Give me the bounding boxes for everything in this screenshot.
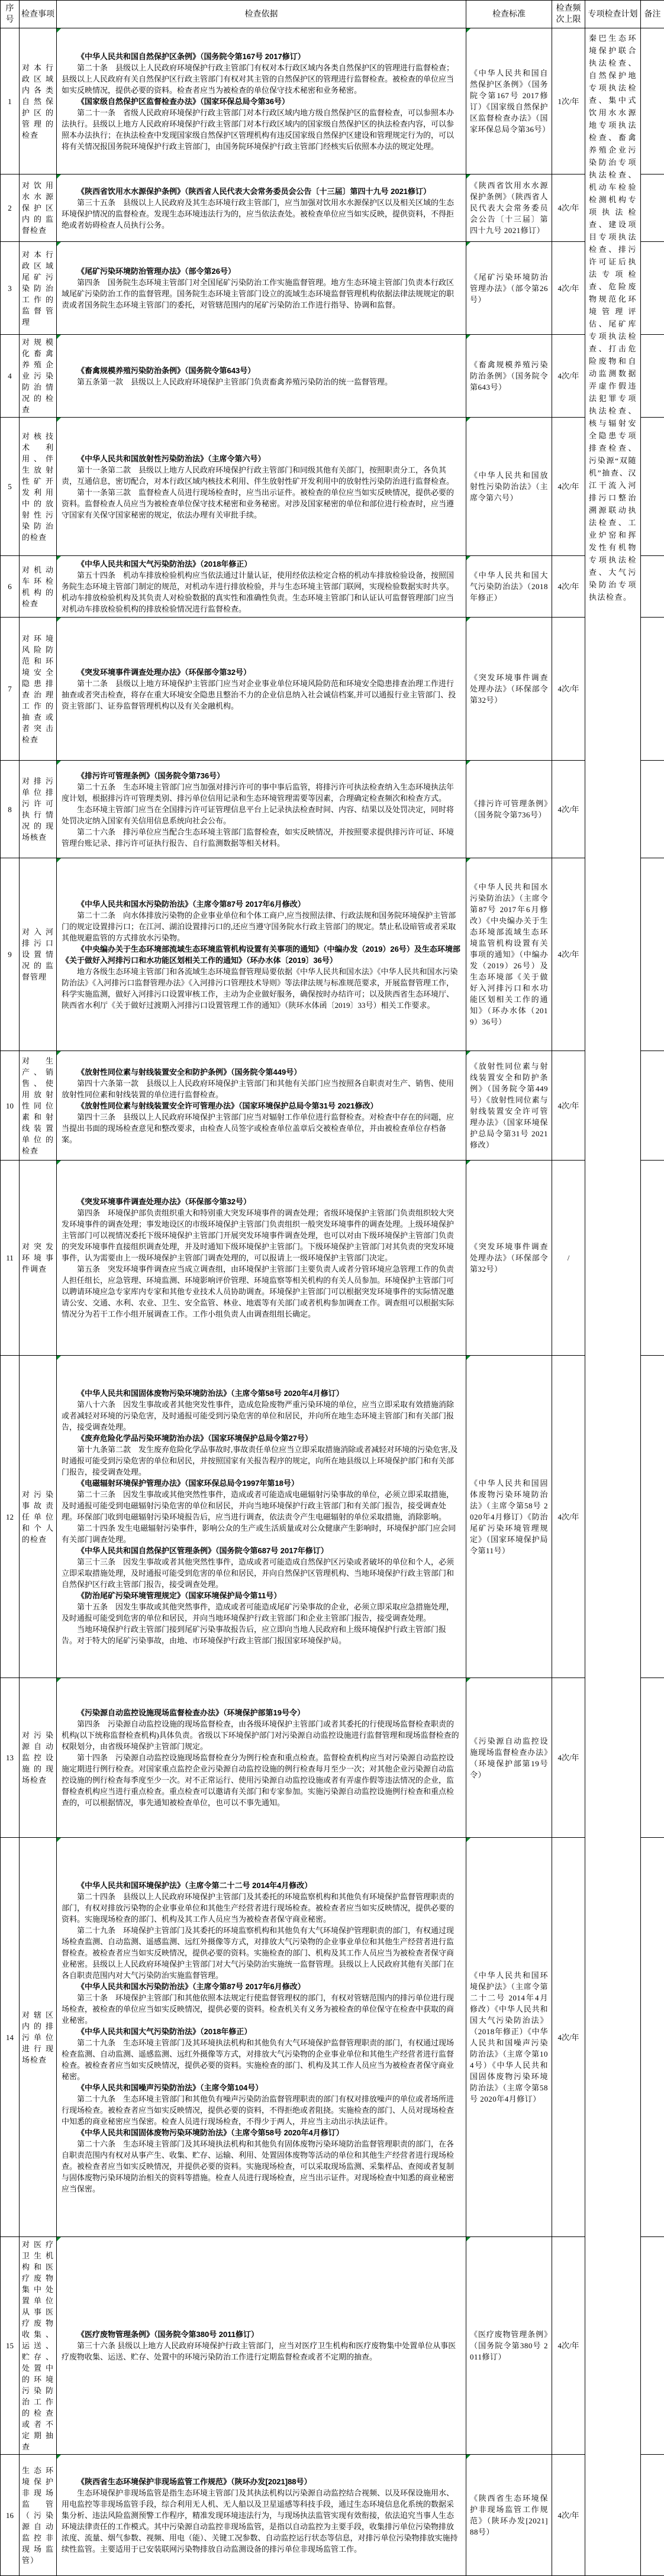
law-title: 《中华人民共和国自然保护区管理条例》（国务院令第687号 2017年修订）: [62, 1545, 461, 1556]
law-paragraph: 第三十六条 县级以上地方人民政府环境保护行政主管部门，应当对医疗卫生机构和医疗废…: [62, 2340, 461, 2362]
row-number-cell: 4: [1, 335, 20, 418]
law-title: 《防治尾矿污染环境管理规定》（国家环境保护局令第11号）: [62, 1590, 461, 1601]
basis-cell: 《中华人民共和国环境保护法》（主席令第二十二号 2014年4月修改）第二十四条 …: [57, 1838, 466, 2237]
standard-cell: 《中华人民共和国水污染防治法》（主席令第87号 2017年6月修改）《中央编办关…: [466, 858, 552, 1051]
standard-cell: 《中华人民共和国环境保护法》（主席令第二十二号 2014年4月修改）《中华人民共…: [466, 1838, 552, 2237]
cell-corner-triangle-icon: [57, 1051, 61, 1055]
table-row: 11对突发环境事件调查《突发环境事件调查处理办法》（环保部令第32号）第四条 环…: [1, 1161, 664, 1356]
cell-corner-triangle-icon: [466, 1161, 470, 1165]
table-row: 3对本行政区域尾矿污染防治工作的监督管理《尾矿污染环境防治管理办法》（部令第26…: [1, 242, 664, 335]
cell-corner-triangle-icon: [57, 2237, 61, 2241]
law-title: 《中华人民共和国水污染防治法》（主席令第87号 2017年6月修改）: [62, 898, 461, 910]
law-paragraph: 第二十五条 生态环境主管部门应当加强对排污许可的事中事后监管，将排污许可执法检查…: [62, 781, 461, 804]
standard-cell: 《中华人民共和国大气污染防治法》（2018年修正）: [466, 556, 552, 618]
item-cell: 对辖区内的排污单位进行现场检查: [20, 1838, 57, 2237]
frequency-cell: 1次/年: [552, 28, 585, 174]
note-cell: [641, 2455, 664, 2576]
table-row: 14对辖区内的排污单位进行现场检查《中华人民共和国环境保护法》（主席令第二十二号…: [1, 1838, 664, 2237]
cell-corner-triangle-icon: [57, 556, 61, 560]
row-number-cell: 12: [1, 1356, 20, 1678]
cell-corner-triangle-icon: [57, 28, 61, 33]
standard-cell: 《畜禽规模养殖污染防治条例》（国务院令第643号）: [466, 335, 552, 418]
note-cell: [641, 242, 664, 335]
note-cell: [641, 335, 664, 418]
inspection-items-table: 序号 检查事项 检查依据 检查标准 检查频次上限 专项检查计划 备注 1对本行政…: [0, 0, 664, 2576]
law-title: 《尾矿污染环境防治管理办法》（部令第26号）: [62, 266, 461, 277]
basis-cell: 《中华人民共和国自然保护区条例》（国务院令第167号 2017修订）第二十条 县…: [57, 28, 466, 174]
cell-corner-triangle-icon: [466, 242, 470, 246]
item-cell: 对医疗卫生机构和医疗废物集中处置单位从事医疗废物收集、运送、贮存、处置中的环境污…: [20, 2237, 57, 2455]
note-cell: [641, 1161, 664, 1356]
law-paragraph: 第二十九条 环境保护主管部门及其委托的环境监察机构和其他负有大气环境保护管理职责…: [62, 1925, 461, 1981]
basis-cell: 《尾矿污染环境防治管理办法》（部令第26号）第四条 国务院生态环境主管部门对全国…: [57, 242, 466, 335]
law-title: 《中华人民共和国噪声污染防治法》（主席令第104号）: [62, 2082, 461, 2093]
table-row: 7对环境风险防范和环境安全隐患排查治理工作的抽查或者突击检查《突发环境事件调查处…: [1, 618, 664, 761]
item-cell: 对机动车环检机构的检查: [20, 556, 57, 618]
item-cell: 对突发环境事件调查: [20, 1161, 57, 1356]
item-cell: 对核技术利用、伴生放射性矿开发利用中的放射性污染防治的检查: [20, 418, 57, 556]
standard-cell: 《中华人民共和国固体废物污染环境防治法》（主席令第58号 2020年4月修订）《…: [466, 1356, 552, 1678]
law-paragraph: 第二十二条 向水体排放污染物的企业事业单位和个体工商户,应当按照法律、行政法规和…: [62, 910, 461, 943]
cell-corner-triangle-icon: [57, 618, 61, 622]
law-title: 《中华人民共和国放射性污染防治法》（主席令第六号）: [62, 453, 461, 464]
cell-corner-triangle-icon: [57, 1678, 61, 1682]
cell-corner-triangle-icon: [466, 2455, 470, 2459]
law-paragraph: 第二十九条 生态环境主管部门和其他负有噪声污染防治监督管理职责的部门有权对排放噪…: [62, 2093, 461, 2127]
law-paragraph: 第四十三条 县级以上人民政府环境保护主管部门应当对辐射工作单位进行监督检查。对检…: [62, 1111, 461, 1145]
row-number-cell: 10: [1, 1051, 20, 1161]
cell-corner-triangle-icon: [57, 1161, 61, 1165]
table-row: 4对规模化畜禽养殖企业污染防治情况的检查《畜禽规模养殖污染防治条例》（国务院令第…: [1, 335, 664, 418]
standard-cell: 《突发环境事件调查处理办法》（环保部令第32号）: [466, 618, 552, 761]
law-paragraph: 第二十四条 县级以上人民政府环境保护主管部门及其委托的环境监察机构和其他负有环境…: [62, 1891, 461, 1925]
law-title: 《中华人民共和国水污染防治法》（主席令第87号 2017年6月修改）: [62, 1981, 461, 1992]
frequency-cell: 4次/年: [552, 1051, 585, 1161]
table-row: 13对污染源自动监控设施的现场检查《污染源自动监控设施现场监督检查办法》（环境保…: [1, 1678, 664, 1838]
basis-cell: 《中华人民共和国固体废物污染环境防治法》（主席令第58号 2020年4月修订）第…: [57, 1356, 466, 1678]
law-paragraph: 第三十三条 因发生事故或者其他突然性事件，造成或者可能造成自然保护区污染或者破坏…: [62, 1556, 461, 1590]
row-number-cell: 11: [1, 1161, 20, 1356]
row-number-cell: 9: [1, 858, 20, 1051]
frequency-cell: 4次/年: [552, 2237, 585, 2455]
table-row: 5对核技术利用、伴生放射性矿开发利用中的放射性污染防治的检查《中华人民共和国放射…: [1, 418, 664, 556]
frequency-cell: 4次/年: [552, 174, 585, 242]
law-title: 《中华人民共和国固体废物污染环境防治法》（主席令第58号 2020年4月修订）: [62, 1388, 461, 1399]
item-cell: 对环境风险防范和环境安全隐患排查治理工作的抽查或者突击检查: [20, 618, 57, 761]
law-title: 《中华人民共和国自然保护区条例》（国务院令第167号 2017修订）: [62, 51, 461, 62]
basis-cell: 《医疗废物管理条例》（国务院令第380号 2011修订）第三十六条 县级以上地方…: [57, 2237, 466, 2455]
row-number-cell: 7: [1, 618, 20, 761]
cell-corner-triangle-icon: [466, 858, 470, 862]
cell-corner-triangle-icon: [57, 418, 61, 422]
standard-cell: 《排污许可管理条例》（国务院令第736号）: [466, 761, 552, 858]
cell-corner-triangle-icon: [466, 1356, 470, 1360]
row-number-cell: 8: [1, 761, 20, 858]
frequency-cell: 4次/年: [552, 1678, 585, 1838]
law-title: 《中华人民共和国大气污染防治法》（2018年修正）: [62, 558, 461, 570]
row-number-cell: 15: [1, 2237, 20, 2455]
row-number-cell: 5: [1, 418, 20, 556]
law-paragraph: 第五十四条 机动车排放检验机构应当依法通过计量认证，使用经依法检定合格的机动车排…: [62, 570, 461, 615]
row-number-cell: 1: [1, 28, 20, 174]
cell-corner-triangle-icon: [57, 242, 61, 246]
note-cell: [641, 1051, 664, 1161]
law-paragraph: 第四条 环境保护部负责组织重大和特别重大突发环境事件的调查处理；省级环境保护主管…: [62, 1207, 461, 1263]
note-cell: [641, 174, 664, 242]
law-paragraph: 第十九条第二款 发生废弃危险化学品事故时,事故责任单位应当立即采取措施消除或者减…: [62, 1444, 461, 1478]
item-cell: 对污染源自动监控设施的现场检查: [20, 1678, 57, 1838]
table-row: 9对入河排污口设置情况的监督管理《中华人民共和国水污染防治法》（主席令第87号 …: [1, 858, 664, 1051]
law-paragraph: 第二十四条 发生电磁辐射污染事件，影响公众的生产或生活质量或对公众健康产生影响时…: [62, 1523, 461, 1545]
basis-cell: 《突发环境事件调查处理办法》（环保部令第32号）第十二条 县级以上地方环境保护主…: [57, 618, 466, 761]
frequency-cell: 4次/年: [552, 556, 585, 618]
law-title: 《中华人民共和国固体废物污染环境防治法》（主席令第58号 2020年4月修订）: [62, 2127, 461, 2138]
standard-cell: 《陕西省生态环境保护非现场监管工作规范》（陕环办发[2021]88号）: [466, 2455, 552, 2576]
law-title: 《陕西省饮用水水源保护条例》（陕西省人民代表大会常务委员会公告〔十三届〕第四十九…: [62, 186, 461, 197]
item-cell: 对本行政区域尾矿污染防治工作的监督管理: [20, 242, 57, 335]
frequency-cell: 4次/年: [552, 618, 585, 761]
table-row: 2对饮用水水源保护区内的监督检查《陕西省饮用水水源保护条例》（陕西省人民代表大会…: [1, 174, 664, 242]
law-title: 《污染源自动监控设施现场监督检查办法》（环境保护部第19号令）: [62, 1707, 461, 1718]
note-cell: [641, 1838, 664, 2237]
standard-cell: 《污染源自动监控设施现场监督检查办法》（环境保护部第19号令）: [466, 1678, 552, 1838]
item-cell: 生态环境保护非现场监管（污染源自动监控非现场监管）: [20, 2455, 57, 2576]
header-frequency: 检查频次上限: [552, 1, 585, 28]
law-paragraph: 第四条 国务院生态环境主管部门对全国尾矿污染防治工作实施监督管理。地方生态环境主…: [62, 277, 461, 311]
frequency-cell: 4次/年: [552, 335, 585, 418]
law-paragraph: 第二十三条 因发生事故或其他突然性事件，造成或者可能造成电磁辐射污染事故的单位，…: [62, 1489, 461, 1523]
law-paragraph: 第二十六条 生态环境主管部门及其环境执法机构和其他负有固体废物污染环境防治监督管…: [62, 2138, 461, 2194]
law-paragraph: 生态环境主管部门应当在全国排污许可证管理信息平台上记录执法检查时间、内容、结果以…: [62, 804, 461, 826]
law-paragraph: 当地环境保护行政主管部门接到尾矿污染事故报告后，应立即向当地人民政府和上级环境保…: [62, 1624, 461, 1646]
cell-corner-triangle-icon: [466, 1838, 470, 1842]
table-row: 1对本行政区域内各类自然保护区的管理的检查《中华人民共和国自然保护区条例》（国务…: [1, 28, 664, 174]
cell-corner-triangle-icon: [57, 2455, 61, 2459]
special-plan-cell: 秦巴生态环境保护联合执法检查、自然保护地专项执法检查、集中式饮用水水源地专项执法…: [585, 28, 641, 2576]
table-row: 6对机动车环检机构的检查《中华人民共和国大气污染防治法》（2018年修正）第五十…: [1, 556, 664, 618]
law-paragraph: 第五条第一款 县级以上人民政府环境保护主管部门负责畜禽养殖污染防治的统一监督管理…: [62, 376, 461, 387]
law-title: 《突发环境事件调查处理办法》（环保部令第32号）: [62, 1196, 461, 1207]
table-row: 12对污染事故责任单位和个人的检查《中华人民共和国固体废物污染环境防治法》（主席…: [1, 1356, 664, 1678]
table-row: 8对排污单位排污许可执行情况的现场核查《排污许可管理条例》（国务院令第736号）…: [1, 761, 664, 858]
table-row: 15对医疗卫生机构和医疗废物集中处置单位从事医疗废物收集、运送、贮存、处置中的环…: [1, 2237, 664, 2455]
cell-corner-triangle-icon: [57, 761, 61, 765]
law-paragraph: 第二十九条 生态环境主管部门及其环境执法机构和其他负有大气环境保护监督管理职责的…: [62, 2037, 461, 2082]
row-number-cell: 3: [1, 242, 20, 335]
law-title: 《放射性同位素与射线装置安全许可管理办法》（国家环境保护总局令第31号 2021…: [62, 1100, 461, 1111]
note-cell: [641, 28, 664, 174]
basis-cell: 《污染源自动监控设施现场监督检查办法》（环境保护部第19号令）第四条 污染源自动…: [57, 1678, 466, 1838]
law-paragraph: 第三十五条 县级以上人民政府及其生态环境行政主管部门，应当加强对饮用水水源保护区…: [62, 197, 461, 231]
cell-corner-triangle-icon: [57, 174, 61, 179]
note-cell: [641, 2237, 664, 2455]
row-number-cell: 14: [1, 1838, 20, 2237]
basis-cell: 《畜禽规模养殖污染防治条例》（国务院令第643号）第五条第一款 县级以上人民政府…: [57, 335, 466, 418]
item-cell: 对入河排污口设置情况的监督管理: [20, 858, 57, 1051]
cell-corner-triangle-icon: [466, 1051, 470, 1055]
law-paragraph: 第四条 污染源自动监控设施的现场监督检查，由各级环境保护主管部门或者其委托的行使…: [62, 1718, 461, 1752]
note-cell: [641, 618, 664, 761]
row-number-cell: 16: [1, 2455, 20, 2576]
table-row: 10对生产、销售、使用放射性同位素和射线装置单位的检查《放射性同位素与射线装置安…: [1, 1051, 664, 1161]
cell-corner-triangle-icon: [466, 618, 470, 622]
law-paragraph: 第十五条 因发生事故或其他突然事件，造成或者可能造成尾矿污染事故的企业，必须立即…: [62, 1601, 461, 1624]
law-title: 《陕西省生态环境保护非现场监管工作规范》（陕环办发[2021]88号）: [62, 2476, 461, 2487]
basis-cell: 《排污许可管理条例》（国务院令第736号）第二十五条 生态环境主管部门应当加强对…: [57, 761, 466, 858]
header-item: 检查事项: [20, 1, 57, 28]
standard-cell: 《放射性同位素与射线装置安全和防护条例》（国务院令第449号）《放射性同位素与射…: [466, 1051, 552, 1161]
cell-corner-triangle-icon: [57, 1838, 61, 1842]
law-title: 《放射性同位素与射线装置安全和防护条例》（国务院令第449号）: [62, 1066, 461, 1078]
law-title: 《废弃危险化学品污染环境防治办法》（国家环境保护总局令第27号）: [62, 1433, 461, 1444]
standard-cell: 《中华人民共和国自然保护区条例》（国务院令第167号 2017修订）《国家级自然…: [466, 28, 552, 174]
basis-cell: 《中华人民共和国大气污染防治法》（2018年修正）第五十四条 机动车排放检验机构…: [57, 556, 466, 618]
note-cell: [641, 418, 664, 556]
standard-cell: 《医疗废物管理条例》（国务院令第380号 2011修订）: [466, 2237, 552, 2455]
item-cell: 对饮用水水源保护区内的监督检查: [20, 174, 57, 242]
cell-corner-triangle-icon: [466, 28, 470, 33]
law-paragraph: 第八十六条 因发生事故或者其他突发性事件，造成危险废物严重污染环境的单位，应当立…: [62, 1399, 461, 1433]
frequency-cell: 4次/年: [552, 2455, 585, 2576]
standard-cell: 《尾矿污染环境防治管理办法》（部令第26号）: [466, 242, 552, 335]
cell-corner-triangle-icon: [466, 174, 470, 179]
basis-cell: 《陕西省生态环境保护非现场监管工作规范》（陕环办发[2021]88号）生态环境保…: [57, 2455, 466, 2576]
basis-cell: 《突发环境事件调查处理办法》（环保部令第32号）第四条 环境保护部负责组织重大和…: [57, 1161, 466, 1356]
law-paragraph: 地方各级生态环境主管部门和各流域生态环境监督管理局要依据《中华人民共和国水法》《…: [62, 966, 461, 1011]
law-title: 《突发环境事件调查处理办法》（环保部令第32号）: [62, 667, 461, 678]
note-cell: [641, 1678, 664, 1838]
law-title: 《中央编办关于生态环境部流域生态环境监管机构设置有关事项的通知》（中编办发（20…: [62, 943, 461, 966]
cell-corner-triangle-icon: [57, 335, 61, 339]
law-paragraph: 第二十条 县级以上人民政府环境保护行政主管部门有权对本行政区域内各类自然保护区的…: [62, 62, 461, 96]
law-paragraph: 第十二条 县级以上地方环境保护主管部门应当对企业事业单位环境风险防范和环境安全隐…: [62, 678, 461, 712]
law-title: 《电磁辐射环境保护管理办法》（国家环保总局令1997年第18号）: [62, 1478, 461, 1489]
frequency-cell: 4次/年: [552, 858, 585, 1051]
header-basis: 检查依据: [57, 1, 466, 28]
note-cell: [641, 858, 664, 1051]
standard-cell: 《陕西省饮用水水源保护条例》（陕西省人民代表大会常务委员会公告〔十三届〕第四十九…: [466, 174, 552, 242]
row-number-cell: 2: [1, 174, 20, 242]
basis-cell: 《放射性同位素与射线装置安全和防护条例》（国务院令第449号）第四十六条第一款 …: [57, 1051, 466, 1161]
row-number-cell: 6: [1, 556, 20, 618]
standard-cell: 《突发环境事件调查处理办法》（环保部令第32号）: [466, 1161, 552, 1356]
law-paragraph: 第四十六条第一款 县级以上人民政府环境保护主管部门和其他有关部门应当按照各自职责…: [62, 1078, 461, 1100]
table-row: 16生态环境保护非现场监管（污染源自动监控非现场监管）《陕西省生态环境保护非现场…: [1, 2455, 664, 2576]
frequency-cell: 4次/年: [552, 1356, 585, 1678]
row-number-cell: 13: [1, 1678, 20, 1838]
cell-corner-triangle-icon: [466, 761, 470, 765]
basis-cell: 《中华人民共和国放射性污染防治法》（主席令第六号）第十一条第二款 县级以上地方人…: [57, 418, 466, 556]
cell-corner-triangle-icon: [57, 1356, 61, 1360]
law-paragraph: 第十四条 污染源自动监控设施现场监督检查分为例行检查和重点检查。监督检查机构应当…: [62, 1752, 461, 1808]
law-title: 《畜禽规模养殖污染防治条例》（国务院令第643号）: [62, 365, 461, 376]
basis-cell: 《中华人民共和国水污染防治法》（主席令第87号 2017年6月修改）第二十二条 …: [57, 858, 466, 1051]
cell-corner-triangle-icon: [466, 418, 470, 422]
frequency-cell: 4次/年: [552, 761, 585, 858]
law-paragraph: 生态环境保护非现场监管是指生态环境主管部门及其执法机构以污染源自动监控结合视频、…: [62, 2487, 461, 2555]
law-title: 《中华人民共和国大气污染防治法》（2018年修正）: [62, 2026, 461, 2037]
note-cell: [641, 761, 664, 858]
law-paragraph: 第十一条第二款 县级以上地方人民政府环境保护行政主管部门和同级其他有关部门，按照…: [62, 464, 461, 487]
law-title: 《中华人民共和国环境保护法》（主席令第二十二号 2014年4月修改）: [62, 1880, 461, 1891]
law-paragraph: 第二十一条 省级人民政府环境保护行政主管部门对本行政区域内地方级自然保护区的监督…: [62, 107, 461, 152]
note-cell: [641, 1356, 664, 1678]
law-paragraph: 第五条 突发环境事件调查应当成立调查组，由环境保护主管部门主要负责人或者分管环境…: [62, 1263, 461, 1320]
basis-cell: 《陕西省饮用水水源保护条例》（陕西省人民代表大会常务委员会公告〔十三届〕第四十九…: [57, 174, 466, 242]
header-note: 备注: [641, 1, 664, 28]
law-paragraph: 第三十条 环境保护主管部门和其他依照本法规定行使监督管理权的部门，有权对管辖范围…: [62, 1992, 461, 2026]
frequency-cell: /: [552, 1161, 585, 1356]
law-paragraph: 第二十六条 排污单位应当配合生态环境主管部门监督检查，如实反映情况，并按照要求提…: [62, 826, 461, 849]
header-no: 序号: [1, 1, 20, 28]
cell-corner-triangle-icon: [466, 1678, 470, 1682]
header-plan: 专项检查计划: [585, 1, 641, 28]
frequency-cell: 4次/年: [552, 1838, 585, 2237]
frequency-cell: 4次/年: [552, 242, 585, 335]
item-cell: 对本行政区域内各类自然保护区的管理的检查: [20, 28, 57, 174]
law-title: 《医疗废物管理条例》（国务院令第380号 2011修订）: [62, 2329, 461, 2340]
cell-corner-triangle-icon: [466, 2237, 470, 2241]
item-cell: 对规模化畜禽养殖企业污染防治情况的检查: [20, 335, 57, 418]
item-cell: 对生产、销售、使用放射性同位素和射线装置单位的检查: [20, 1051, 57, 1161]
law-paragraph: 第十一条第三款 监督检查人员进行现场检查时，应当出示证件。被检查的单位应当如实反…: [62, 487, 461, 521]
item-cell: 对污染事故责任单位和个人的检查: [20, 1356, 57, 1678]
note-cell: [641, 556, 664, 618]
cell-corner-triangle-icon: [466, 556, 470, 560]
cell-corner-triangle-icon: [57, 858, 61, 862]
table-header-row: 序号 检查事项 检查依据 检查标准 检查频次上限 专项检查计划 备注: [1, 1, 664, 28]
law-title: 《排污许可管理条例》（国务院令第736号）: [62, 770, 461, 781]
header-standard: 检查标准: [466, 1, 552, 28]
item-cell: 对排污单位排污许可执行情况的现场核查: [20, 761, 57, 858]
frequency-cell: 4次/年: [552, 418, 585, 556]
standard-cell: 《中华人民共和国放射性污染防治法》（主席令第六号）: [466, 418, 552, 556]
cell-corner-triangle-icon: [466, 335, 470, 339]
law-title: 《国家级自然保护区监督检查办法》（国家环保总局令第36号）: [62, 96, 461, 107]
